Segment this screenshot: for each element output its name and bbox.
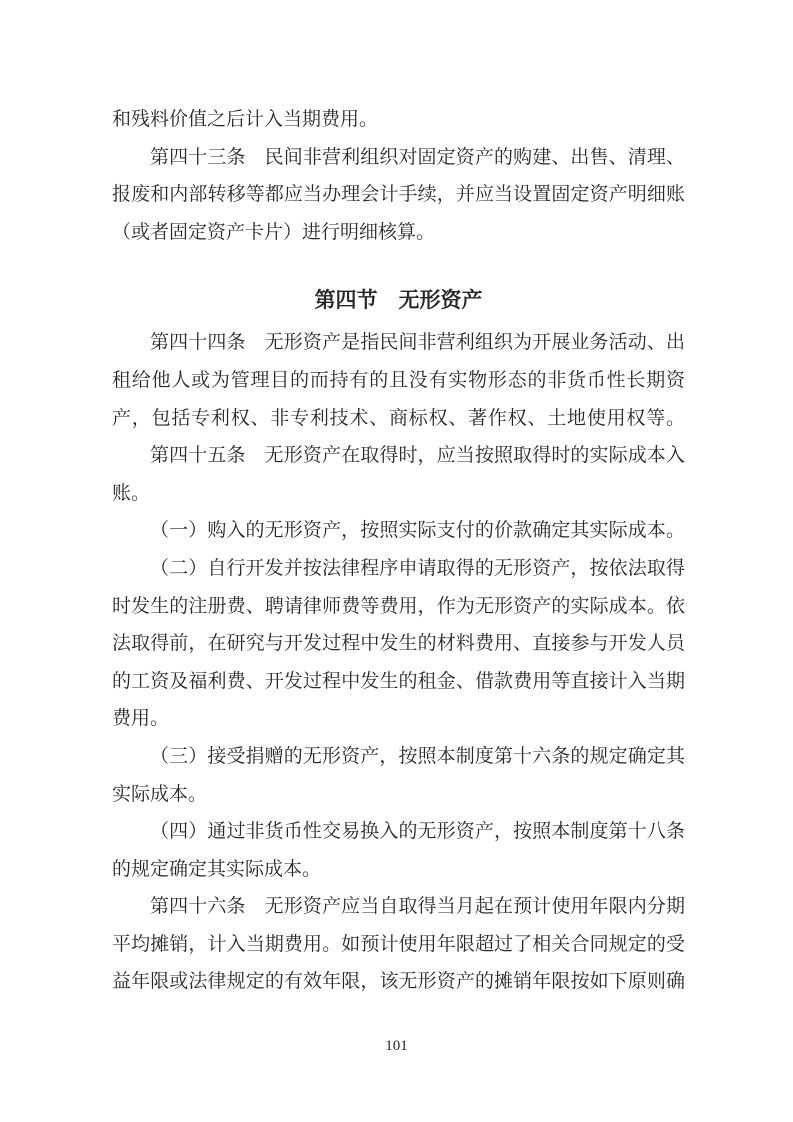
document-content: 和残料价值之后计入当期费用。第四十三条 民间非营利组织对固定资产的购建、出售、清… <box>112 101 685 1001</box>
text-line: 和残料价值之后计入当期费用。 <box>112 101 685 139</box>
text-line: 法取得前，在研究与开发过程中发生的材料费用、直接参与开发人员 <box>112 625 685 663</box>
text-line: （或者固定资产卡片）进行明细核算。 <box>112 214 685 252</box>
text-line: 实际成本。 <box>112 776 685 814</box>
text-line: 租给他人或为管理目的而持有的且没有实物形态的非货币性长期资 <box>112 362 685 400</box>
text-line: （一）购入的无形资产，按照实际支付的价款确定其实际成本。 <box>112 512 685 550</box>
section-heading: 第四节 无形资产 <box>112 281 685 319</box>
text-line: 益年限或法律规定的有效年限，该无形资产的摊销年限按如下原则确 <box>112 963 685 1001</box>
text-line: 费用。 <box>112 700 685 738</box>
text-line: 账。 <box>112 475 685 513</box>
text-line: 产，包括专利权、非专利技术、商标权、著作权、土地使用权等。 <box>112 400 685 438</box>
text-line: 第四十四条 无形资产是指民间非营利组织为开展业务活动、出 <box>112 324 685 362</box>
text-line: 的工资及福利费、开发过程中发生的租金、借款费用等直接计入当期 <box>112 663 685 701</box>
text-line: 第四十六条 无形资产应当自取得当月起在预计使用年限内分期 <box>112 888 685 926</box>
text-line: 时发生的注册费、聘请律师费等费用，作为无形资产的实际成本。依 <box>112 588 685 626</box>
text-line: （三）接受捐赠的无形资产，按照本制度第十六条的规定确定其 <box>112 738 685 776</box>
text-line: 平均摊销，计入当期费用。如预计使用年限超过了相关合同规定的受 <box>112 926 685 964</box>
text-line: 报废和内部转移等都应当办理会计手续，并应当设置固定资产明细账 <box>112 176 685 214</box>
text-line: （二）自行开发并按法律程序申请取得的无形资产，按依法取得 <box>112 550 685 588</box>
text-line: 的规定确定其实际成本。 <box>112 851 685 889</box>
text-line: （四）通过非货币性交易换入的无形资产，按照本制度第十八条 <box>112 813 685 851</box>
text-line: 第四十五条 无形资产在取得时，应当按照取得时的实际成本入 <box>112 437 685 475</box>
text-line: 第四十三条 民间非营利组织对固定资产的购建、出售、清理、 <box>112 139 685 177</box>
document-page: 和残料价值之后计入当期费用。第四十三条 民间非营利组织对固定资产的购建、出售、清… <box>0 0 793 1122</box>
page-number: 101 <box>0 1036 793 1056</box>
